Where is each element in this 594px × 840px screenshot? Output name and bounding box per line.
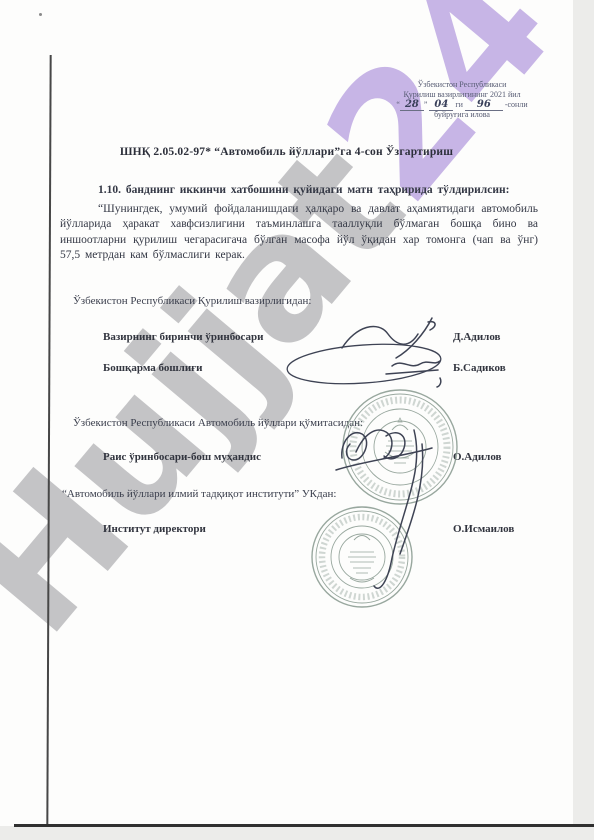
signatory-name: Д.Адилов [453, 331, 501, 343]
annex-word-gi: ги [455, 100, 463, 109]
document-body: 1.10. банднинг иккинчи хатбошини қуйидаг… [60, 183, 538, 263]
signature-row-institute-director: Институт директори О.Исмаилов [103, 523, 540, 535]
annex-line-republic: Ўзбекистон Республикаси [366, 80, 558, 90]
amendment-clause-text: “Шунингдек, умумий фойдаланишдаги ҳалқар… [60, 202, 538, 263]
signature-label: Бошқарма бошлиғи [103, 362, 203, 374]
amendment-clause-intro: 1.10. банднинг иккинчи хатбошини қуйидаг… [60, 183, 538, 198]
handwritten-day: 28 [400, 99, 424, 111]
scanned-document: { "watermark": { "word_gray": "Hujjat", … [0, 0, 594, 840]
scan-speck [39, 13, 42, 16]
signature-row-department-head: Бошқарма бошлиғи Б.Садиков [103, 362, 540, 374]
annex-line-attachment: буйруғига илова [366, 110, 558, 120]
signature-row-chief-engineer: Раис ўринбосари-бош муҳандис О.Адилов [103, 451, 540, 463]
signatory-name: О.Исмаилов [453, 523, 514, 535]
section-heading-roads-committee: Ўзбекистон Республикаси Автомобиль йўлла… [73, 417, 363, 429]
section-heading-research-institute: “Автомобиль йўллари илмий тадқиқот инсти… [62, 488, 336, 500]
signature-label: Раис ўринбосари-бош муҳандис [103, 451, 261, 463]
annex-word-sonli: -сонли [505, 100, 528, 109]
signatory-name: Б.Садиков [453, 362, 506, 374]
signature-label: Вазирнинг биринчи ўринбосари [103, 331, 264, 343]
signatory-name: О.Адилов [453, 451, 502, 463]
section-heading-construction-ministry: Ўзбекистон Республикаси Қурилиш вазирлиг… [73, 295, 311, 307]
signature-label: Институт директори [103, 523, 206, 535]
annex-note: Ўзбекистон Республикаси Қурилиш вазирлиг… [366, 80, 558, 120]
signature-row-deputy-minister: Вазирнинг биринчи ўринбосари Д.Адилов [103, 331, 540, 343]
document-page [0, 0, 573, 826]
annex-line-order-number: “28” 04 ги 96 -сонли [366, 100, 558, 110]
annex-line-ministry: Қурилиш вазирлигининг 2021 йил [366, 90, 558, 100]
document-title: ШНҚ 2.05.02-97* “Автомобиль йўллари”га 4… [0, 146, 573, 158]
scan-bottom-edge-line [14, 824, 594, 827]
